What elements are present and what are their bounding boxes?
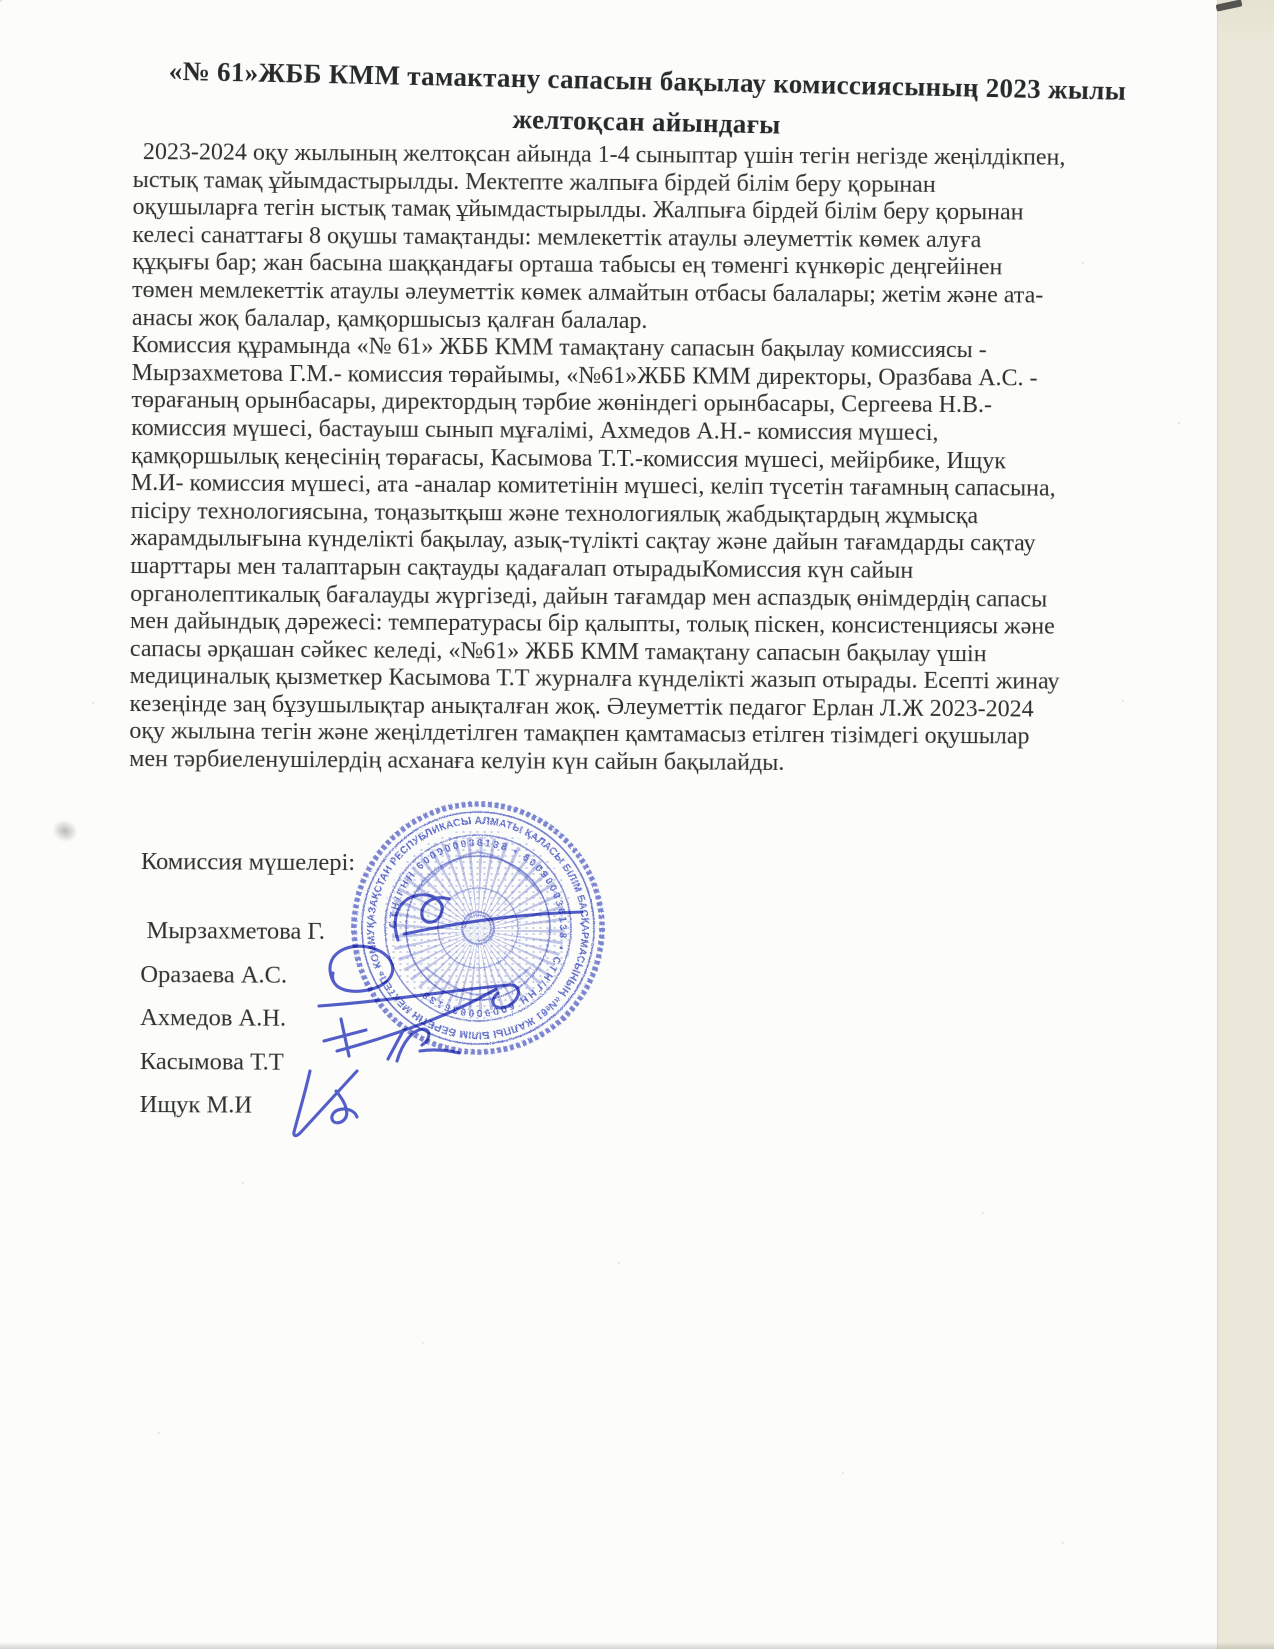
paragraph-2: Комиссия құрамында «№ 61» ЖББ КММ тамақт…	[129, 332, 1172, 780]
scan-bottom-shadow	[0, 1642, 1274, 1649]
pencil-smudge	[49, 816, 81, 846]
paragraph-1: 2023-2024 оқу жылының желтоқсан айында 1…	[132, 139, 1173, 339]
scanner-edge	[1217, 0, 1274, 1649]
scan-noise	[0, 0, 2, 2]
document-title: «№ 61»ЖББ КММ тамактану сапасын бақылау …	[131, 50, 1162, 154]
body-text: 2023-2024 оқу жылының желтоқсан айында 1…	[129, 139, 1173, 780]
signature-akhmedov	[337, 989, 496, 1051]
signatures-overlay	[270, 860, 630, 1180]
signature-ishchuk	[294, 1071, 357, 1136]
signature-orazaeva-sweep	[319, 985, 518, 1008]
signature-orazaeva	[330, 946, 393, 991]
signature-akhmedov-cross	[324, 1019, 366, 1056]
document-page: «№ 61»ЖББ КММ тамактану сапасын бақылау …	[0, 0, 1274, 1649]
signature-kasymova-underline	[420, 1050, 459, 1053]
